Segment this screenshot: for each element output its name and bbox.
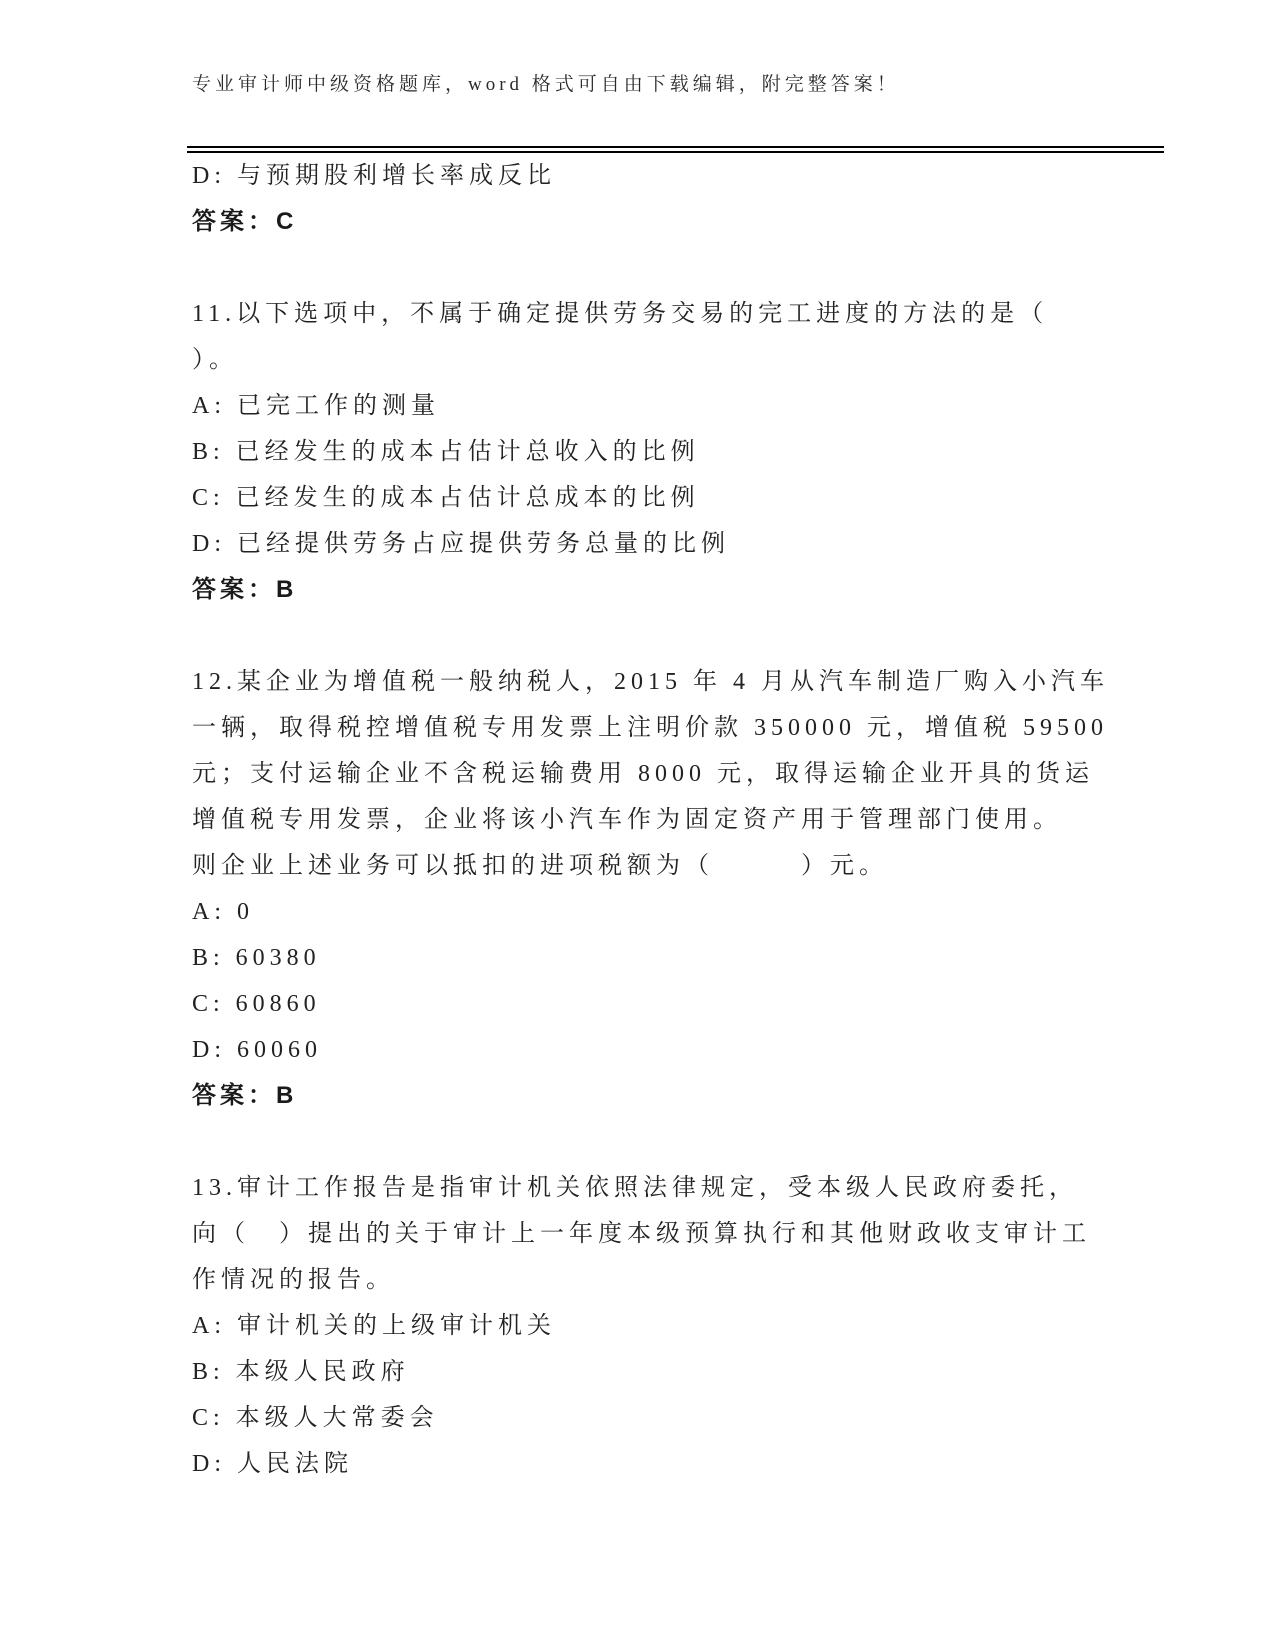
q13-option-a: A: 审计机关的上级审计机关 (192, 1303, 1092, 1349)
q11-option-b: B: 已经发生的成本占估计总收入的比例 (192, 429, 1092, 475)
q12-stem-line-2: 一辆，取得税控增值税专用发票上注明价款 350000 元，增值税 59500 (192, 705, 1092, 751)
q12-option-a: A: 0 (192, 889, 1092, 935)
q13-stem-line-1: 13.审计工作报告是指审计机关依照法律规定，受本级人民政府委托， (192, 1165, 1092, 1211)
q12-option-b: B: 60380 (192, 935, 1092, 981)
block-spacer (192, 613, 1092, 659)
q11-option-a: A: 已完工作的测量 (192, 383, 1092, 429)
q10-answer: 答案：C (192, 199, 1092, 245)
q12-stem-line-3: 元；支付运输企业不含税运输费用 8000 元，取得运输企业开具的货运 (192, 751, 1092, 797)
q13-stem-line-2: 向（ ）提出的关于审计上一年度本级预算执行和其他财政收支审计工 (192, 1211, 1092, 1257)
q13-option-c: C: 本级人大常委会 (192, 1395, 1092, 1441)
q13-stem-line-3: 作情况的报告。 (192, 1257, 1092, 1303)
document-body: D: 与预期股利增长率成反比 答案：C 11.以下选项中，不属于确定提供劳务交易… (192, 153, 1092, 1487)
header-divider (187, 146, 1164, 153)
header-note: 专业审计师中级资格题库，word 格式可自由下载编辑，附完整答案！ (192, 70, 900, 100)
q12-stem-line-4: 增值税专用发票，企业将该小汽车作为固定资产用于管理部门使用。 (192, 797, 1092, 843)
q11-stem-line-2: ）。 (192, 337, 1092, 383)
question-13-block: 13.审计工作报告是指审计机关依照法律规定，受本级人民政府委托， 向（ ）提出的… (192, 1165, 1092, 1487)
q11-option-d: D: 已经提供劳务占应提供劳务总量的比例 (192, 521, 1092, 567)
document-page: { "colors": { "background": "#ffffff", "… (0, 0, 1275, 1650)
q12-stem-line-1: 12.某企业为增值税一般纳税人，2015 年 4 月从汽车制造厂购入小汽车 (192, 659, 1092, 705)
q11-stem-line-1: 11.以下选项中，不属于确定提供劳务交易的完工进度的方法的是（ (192, 291, 1092, 337)
question-12-block: 12.某企业为增值税一般纳税人，2015 年 4 月从汽车制造厂购入小汽车 一辆… (192, 659, 1092, 1119)
q12-option-d: D: 60060 (192, 1027, 1092, 1073)
q13-option-b: B: 本级人民政府 (192, 1349, 1092, 1395)
q11-option-c: C: 已经发生的成本占估计总成本的比例 (192, 475, 1092, 521)
q12-option-c: C: 60860 (192, 981, 1092, 1027)
q13-option-d: D: 人民法院 (192, 1441, 1092, 1487)
block-spacer (192, 1119, 1092, 1165)
q10-option-d: D: 与预期股利增长率成反比 (192, 153, 1092, 199)
question-11-block: 11.以下选项中，不属于确定提供劳务交易的完工进度的方法的是（ ）。 A: 已完… (192, 291, 1092, 613)
q12-answer: 答案：B (192, 1073, 1092, 1119)
q12-stem-line-5: 则企业上述业务可以抵扣的进项税额为（ ）元。 (192, 843, 1092, 889)
q11-answer: 答案：B (192, 567, 1092, 613)
block-spacer (192, 245, 1092, 291)
question-10-block: D: 与预期股利增长率成反比 答案：C (192, 153, 1092, 245)
